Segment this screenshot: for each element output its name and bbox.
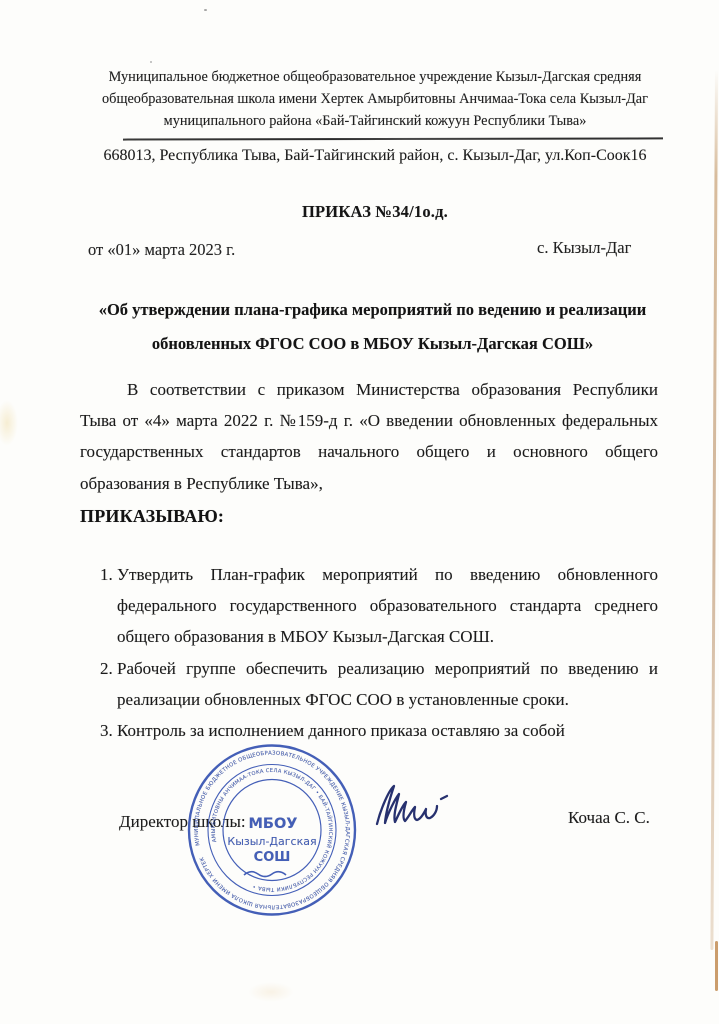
- list-item-2: Рабочей группе обеспечить реализацию мер…: [117, 653, 658, 715]
- scan-edge-line: [710, 70, 717, 950]
- order-date: от «01» марта 2023 г.: [88, 238, 235, 262]
- scan-speck: [204, 9, 207, 11]
- order-place: с. Кызыл-Даг: [537, 236, 631, 260]
- stamp-center-line-3: СОШ: [254, 850, 291, 865]
- decree-word: ПРИКАЗЫВАЮ:: [80, 503, 224, 529]
- order-title-line-1: «Об утверждении плана-графика мероприяти…: [80, 293, 665, 327]
- preamble-line: образования в Республике Тыва»,: [80, 468, 658, 499]
- order-directives-list: Утвердить План-график мероприятий по вве…: [80, 559, 658, 746]
- org-name-line-3: муниципального района «Бай-Тайгинский ко…: [85, 110, 665, 132]
- order-heading: ПРИКАЗ №34/1о.д.: [85, 199, 665, 225]
- org-name: Муниципальное бюджетное общеобразователь…: [85, 66, 665, 132]
- preamble-line: государственных стандартов начального об…: [80, 436, 658, 467]
- stamp-center-line-1: МБОУ: [249, 816, 298, 832]
- org-name-line-1: Муниципальное бюджетное общеобразователь…: [85, 66, 665, 88]
- header-divider-line: [123, 137, 663, 140]
- org-address: 668013, Республика Тыва, Бай-Тайгинский …: [85, 144, 665, 168]
- order-title: «Об утверждении плана-графика мероприяти…: [80, 293, 665, 361]
- preamble-line: В соответствии с приказом Министерства о…: [80, 374, 658, 405]
- list-item-3: Контроль за исполнением данного приказа …: [117, 715, 658, 746]
- list-item-1: Утвердить План-график мероприятий по вве…: [117, 559, 658, 653]
- list-item-line: реализации обновленных ФГОС СОО в устано…: [117, 684, 658, 715]
- order-title-line-2: обновленных ФГОС СОО в МБОУ Кызыл-Дагска…: [80, 327, 665, 361]
- scanned-order-document: Муниципальное бюджетное общеобразователь…: [0, 0, 719, 1024]
- list-item-line: Утвердить План-график мероприятий по вве…: [117, 559, 658, 590]
- school-stamp-icon: МУНИЦИПАЛЬНОЕ БЮДЖЕТНОЕ ОБЩЕОБРАЗОВАТЕЛЬ…: [186, 744, 358, 916]
- director-signature-scribble: [368, 780, 450, 832]
- director-name: Кочаа С. С.: [568, 806, 650, 830]
- org-name-line-2: общеобразовательная школа имени Хертек А…: [85, 88, 665, 110]
- list-item-line: Контроль за исполнением данного приказа …: [117, 715, 658, 746]
- preamble-line: Тыва от «4» марта 2022 г. №159-д г. «О в…: [80, 405, 658, 436]
- stamp-center-text: МБОУ Кызыл-Дагская СОШ: [227, 816, 316, 865]
- preamble-paragraph: В соответствии с приказом Министерства о…: [80, 374, 658, 499]
- list-item-line: общего образования в МБОУ Кызыл-Дагская …: [117, 621, 658, 652]
- stamp-center-line-2: Кызыл-Дагская: [227, 835, 316, 848]
- scan-smudge: [0, 400, 18, 446]
- scan-speck: [150, 61, 152, 63]
- list-item-line: федерального государственного образовате…: [117, 590, 658, 621]
- scan-smudge: [248, 982, 294, 1002]
- scan-edge-mark: [715, 941, 718, 991]
- list-item-line: Рабочей группе обеспечить реализацию мер…: [117, 653, 658, 684]
